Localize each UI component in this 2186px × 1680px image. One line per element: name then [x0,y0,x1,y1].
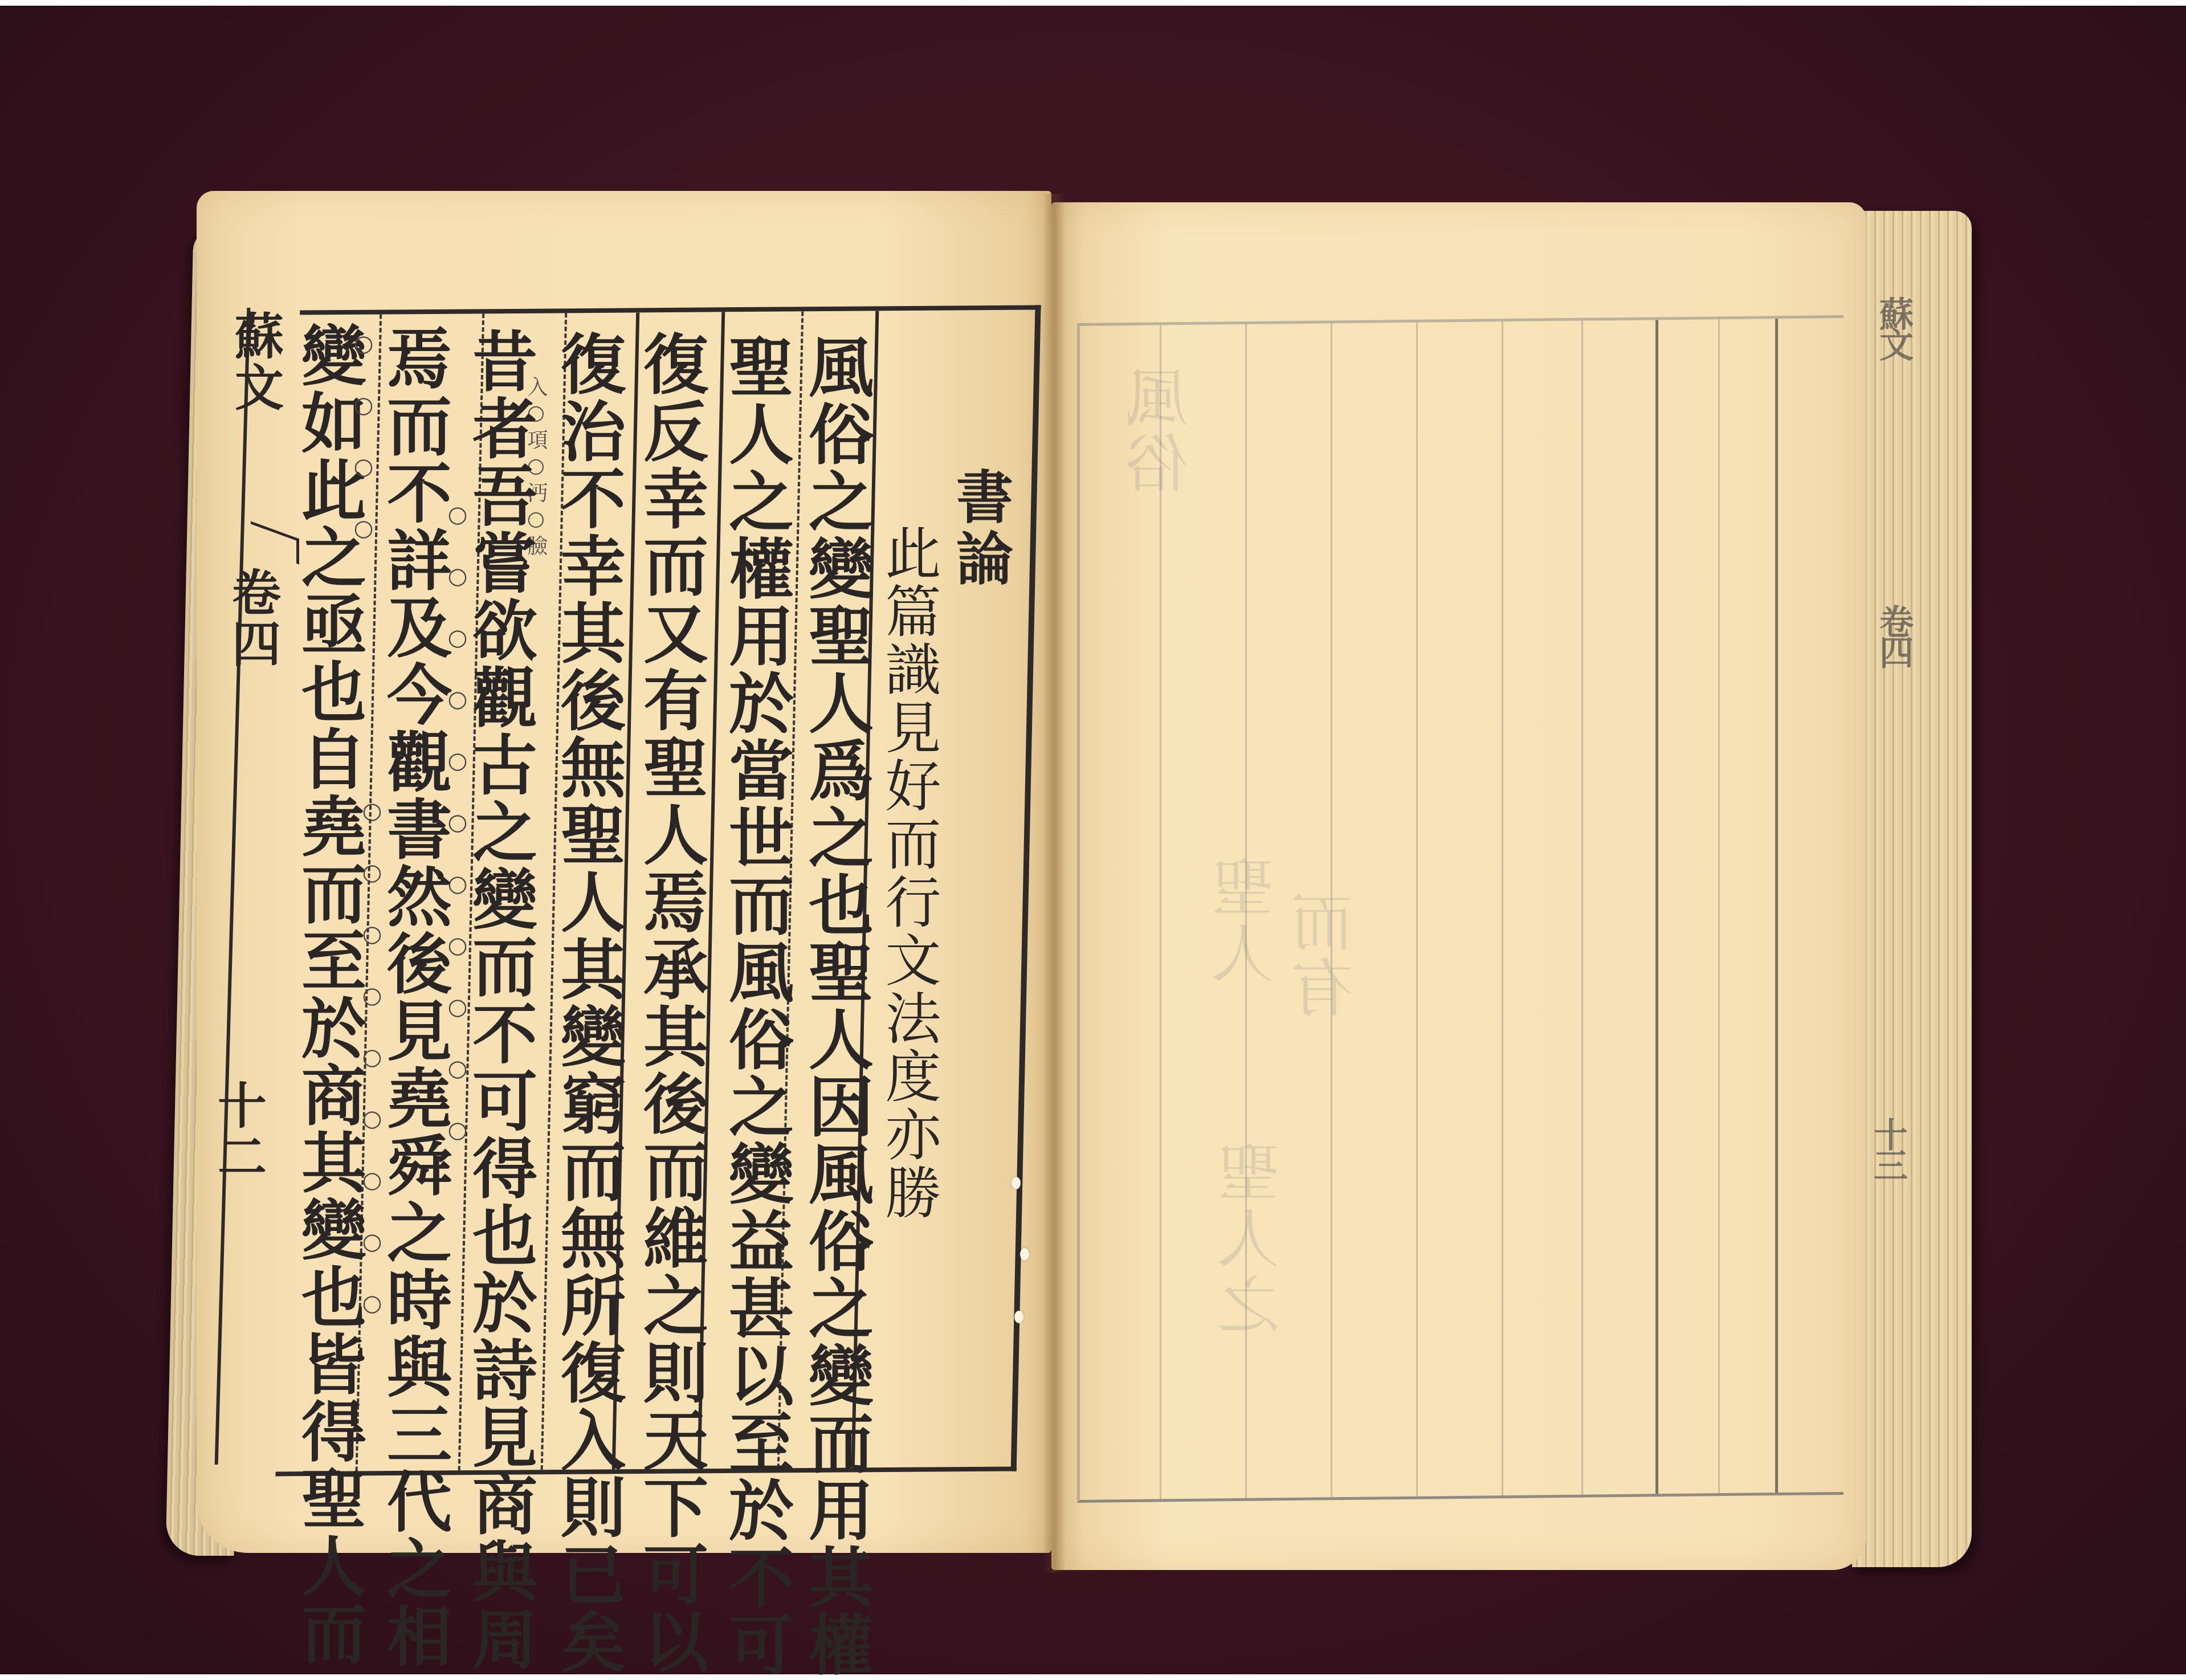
faint-column-rule [1416,323,1418,1496]
text-column-4: 復治不幸其後無聖人其變窮而無所復入則已矣 [556,331,621,1675]
binding-hole [1014,1311,1023,1323]
binding-hole [1012,1177,1021,1189]
margin-book-title: 蘇文 [219,311,290,413]
bleed-through-text: 聖人之 [1208,1140,1298,1338]
faint-column-rule [1502,321,1503,1495]
fore-edge-volume-mark: 卷四 [1869,604,1918,666]
faint-column-rule [1160,325,1161,1499]
faint-column-rule [1581,321,1583,1495]
margin-volume: 卷四 [217,567,287,670]
margin-page-number: 十二 [202,1080,273,1182]
text-column-6: 焉而不詳及今觀書然後見堯舜之時與三代之相 [382,325,447,1670]
faint-column-rule [1718,319,1720,1493]
commentary-line: 此篇識見好而行文法度亦勝 [880,524,936,1222]
faint-column-rule [1775,319,1778,1493]
fore-edge-page-mark: 十三 [1863,1117,1912,1179]
punctuation-marks-col7: ○○○○ [350,331,377,577]
faint-column-rule [1655,320,1658,1494]
bleed-through-text: 聖人 [1202,855,1292,987]
right-page-stack [1852,211,1972,1567]
bleed-through-text: 而有 [1282,889,1372,1021]
book-gutter [1043,194,1066,1573]
binding-hole [1020,1248,1029,1261]
fore-edge-title-mark: 蘇文 [1869,296,1918,358]
bleed-through-text: 風俗 [1117,365,1207,497]
text-column-1: 風俗之變聖人爲之也聖人因風俗之變而用其權 [804,333,868,1678]
essay-title: 書論 [952,467,1009,590]
text-column-2: 聖人之權用於當世而風俗之變益甚以至於不可 [724,333,789,1678]
text-column-5: 昔者吾嘗欲觀古之變而不可得也於詩見商與周 [467,328,532,1673]
text-column-3: 復反幸而又有聖人焉承其後而維之則天下可以 [638,331,703,1675]
